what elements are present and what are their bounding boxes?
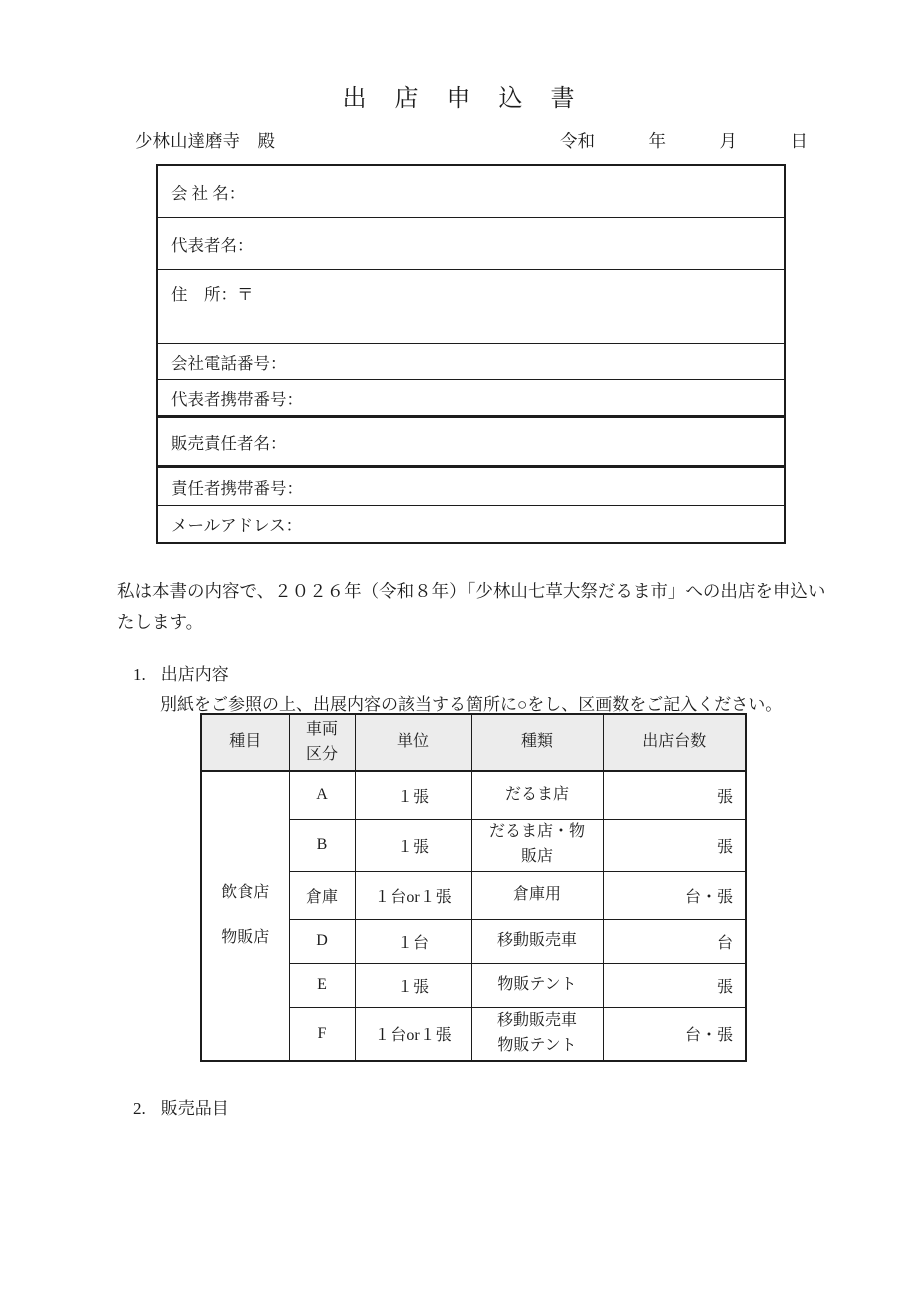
applicant-info-box: 会 社 名： 代表者名： 住 所：〒 会社電話番号： 代表者携帯番号： 販売責任…: [156, 164, 786, 544]
unit-cell-warehouse: １台or１張: [355, 871, 471, 919]
header-unit: 単位: [355, 714, 471, 771]
date-month-label: 月: [720, 128, 738, 153]
sales-manager-label: 販売責任者名：: [171, 430, 287, 454]
section-1-number: 1.: [133, 665, 146, 685]
type-cell-f: 移動販売車 物販テント: [471, 1007, 603, 1061]
unit-cell-d: １台: [355, 919, 471, 963]
division-cell-warehouse: 倉庫: [289, 871, 355, 919]
application-form-page: 出 店 申 込 書 少林山達磨寺 殿 令和 年 月 日 会 社 名： 代表者名：…: [0, 0, 919, 1300]
representative-mobile-row: 代表者携帯番号：: [158, 380, 784, 418]
division-cell-a: A: [289, 771, 355, 819]
section-1-title: 出店内容: [161, 665, 229, 684]
unit-cell-a: １張: [355, 771, 471, 819]
header-vehicle-division: 車両 区分: [289, 714, 355, 771]
count-cell-warehouse: 台・張: [603, 871, 746, 919]
representative-mobile-label: 代表者携帯番号：: [171, 386, 303, 410]
table-header-row: 種目 車両 区分 単位 種類 出店台数: [201, 714, 746, 771]
booth-table: 種目 車両 区分 単位 種類 出店台数 飲食店 物販店 A １張 だるま店 張 …: [200, 713, 747, 1062]
division-cell-e: E: [289, 963, 355, 1007]
division-cell-b: B: [289, 819, 355, 871]
sales-manager-row: 販売責任者名：: [158, 418, 784, 468]
division-cell-d: D: [289, 919, 355, 963]
manager-mobile-label: 責任者携帯番号：: [171, 475, 303, 499]
manager-mobile-row: 責任者携帯番号：: [158, 468, 784, 506]
address-label: 住 所：〒: [171, 281, 254, 305]
unit-cell-f: １台or１張: [355, 1007, 471, 1061]
count-cell-a: 張: [603, 771, 746, 819]
table-row-a: 飲食店 物販店 A １張 だるま店 張: [201, 771, 746, 819]
count-cell-b: 張: [603, 819, 746, 871]
unit-cell-b: １張: [355, 819, 471, 871]
date-era: 令和: [560, 128, 595, 153]
company-phone-row: 会社電話番号：: [158, 344, 784, 380]
type-cell-b: だるま店・物 販店: [471, 819, 603, 871]
header-type: 種類: [471, 714, 603, 771]
date-year-label: 年: [649, 128, 667, 153]
type-cell-warehouse: 倉庫用: [471, 871, 603, 919]
category-cell: 飲食店 物販店: [201, 771, 289, 1061]
count-cell-d: 台: [603, 919, 746, 963]
declaration-paragraph: 私は本書の内容で、２０２６年（令和８年）「少林山七草大祭だるま市」への出店を申込…: [117, 576, 837, 638]
email-row: メールアドレス：: [158, 506, 784, 542]
count-cell-f: 台・張: [603, 1007, 746, 1061]
representative-name-label: 代表者名：: [171, 232, 254, 256]
type-cell-d: 移動販売車: [471, 919, 603, 963]
date-line: 令和 年 月 日: [560, 128, 808, 153]
section-2-heading: 2.販売品目: [133, 1094, 229, 1119]
header-count: 出店台数: [603, 714, 746, 771]
company-name-label: 会 社 名：: [171, 180, 245, 204]
addressee: 少林山達磨寺 殿: [135, 128, 275, 153]
division-cell-f: F: [289, 1007, 355, 1061]
page-title: 出 店 申 込 書: [0, 78, 919, 113]
section-1-instruction: 別紙をご参照の上、出展内容の該当する箇所に○をし、区画数をご記入ください。: [160, 690, 782, 715]
section-2-number: 2.: [133, 1099, 146, 1119]
count-cell-e: 張: [603, 963, 746, 1007]
header-category: 種目: [201, 714, 289, 771]
section-1-heading: 1.出店内容: [133, 660, 229, 685]
type-cell-a: だるま店: [471, 771, 603, 819]
declaration-line-2: たします。: [117, 607, 837, 638]
unit-cell-e: １張: [355, 963, 471, 1007]
section-2-title: 販売品目: [161, 1099, 229, 1118]
date-day-label: 日: [791, 128, 809, 153]
company-name-row: 会 社 名：: [158, 166, 784, 218]
email-label: メールアドレス：: [171, 512, 302, 536]
address-row: 住 所：〒: [158, 270, 784, 344]
type-cell-e: 物販テント: [471, 963, 603, 1007]
company-phone-label: 会社電話番号：: [171, 350, 287, 374]
representative-name-row: 代表者名：: [158, 218, 784, 270]
declaration-line-1: 私は本書の内容で、２０２６年（令和８年）「少林山七草大祭だるま市」への出店を申込…: [117, 576, 837, 607]
